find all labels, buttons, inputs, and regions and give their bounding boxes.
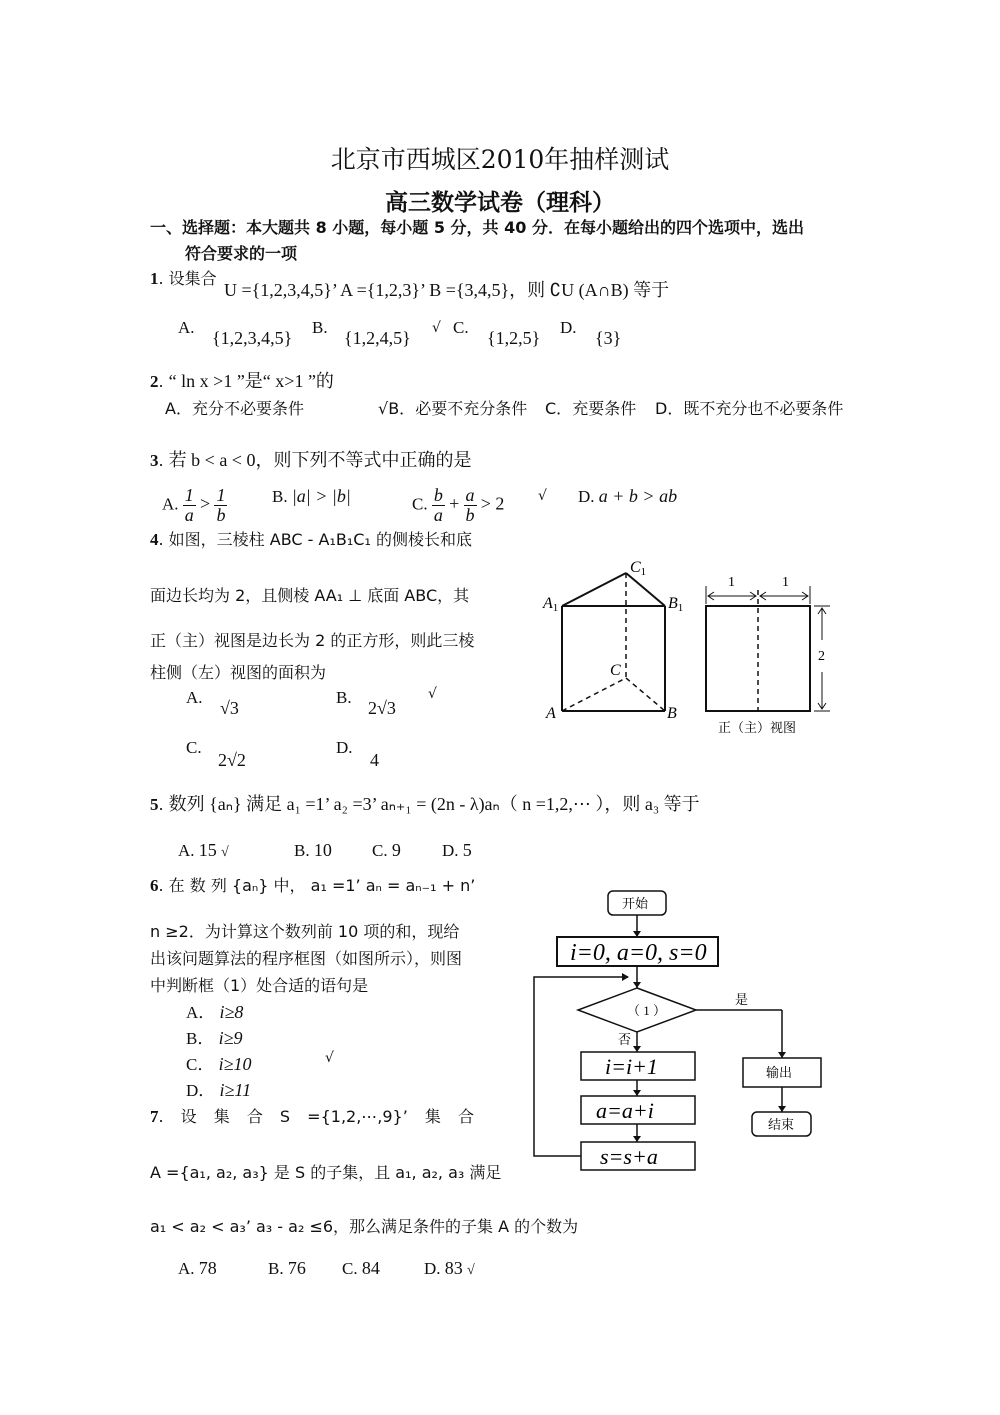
- q3-check-mark: √: [538, 488, 547, 504]
- q1-option-b[interactable]: B.: [312, 318, 328, 338]
- q4-option-c[interactable]: C.: [186, 738, 202, 758]
- q7-option-a[interactable]: A. 78: [178, 1258, 217, 1279]
- section-heading-line2: 符合要求的一项: [185, 241, 297, 264]
- q1-option-d[interactable]: D.: [560, 318, 577, 338]
- question-6-line2: n ≥2．为计算这个数列前 10 项的和，现给: [150, 919, 459, 942]
- q3-option-b[interactable]: B. |a| > |b|: [272, 486, 351, 507]
- q6-option-c[interactable]: C． i≥10: [186, 1050, 251, 1075]
- q1-option-c-value: {1,2,5}: [487, 328, 540, 349]
- q4-option-a-value: √3: [220, 698, 239, 719]
- prism-figure: C1 A1 B1 C A B 1 1 2 正（主）视图: [530, 550, 850, 750]
- flow-start: 开始: [622, 896, 649, 911]
- flow-step-3: s=s+a: [600, 1144, 658, 1169]
- flow-decision: （ 1 ）: [627, 1003, 666, 1018]
- q1-option-a[interactable]: A.: [178, 318, 195, 338]
- question-1-stem: 1. 设集合: [150, 266, 217, 289]
- q5-option-b[interactable]: B. 10: [294, 840, 332, 861]
- vertex-b1: B1: [668, 595, 683, 614]
- flow-step-1: i=i+1: [605, 1054, 658, 1079]
- flow-step-2: a=a+i: [596, 1098, 654, 1123]
- flow-output: 输出: [766, 1065, 792, 1080]
- vertex-c: C: [610, 662, 621, 679]
- question-5-stem: 5. 数列 {aₙ} 满足 a₁ =1’ a₂ =3’ aₙ₊₁ = (2n -…: [150, 790, 700, 816]
- q1-option-d-value: {3}: [595, 328, 621, 349]
- q6-option-d[interactable]: D． i≥11: [186, 1076, 251, 1101]
- question-6-line4: 中判断框（1）处合适的语句是: [150, 973, 368, 996]
- question-7-line1: 7. 设 集 合 S ={1,2,⋯,9}’ 集 合: [150, 1104, 474, 1127]
- q7-option-d[interactable]: D. 83 √: [424, 1258, 475, 1279]
- q5-option-c[interactable]: C. 9: [372, 840, 401, 861]
- dim-right: 1: [782, 575, 789, 590]
- question-6-line1: 6. 在 数 列 {aₙ} 中， a₁ =1’ aₙ = aₙ₋₁ + n’: [150, 873, 475, 896]
- q4-option-b[interactable]: B.: [336, 688, 352, 708]
- vertex-c1: C1: [630, 559, 646, 578]
- q4-option-c-value: 2√2: [218, 750, 246, 771]
- q6-option-b[interactable]: B． i≥9: [186, 1024, 242, 1049]
- flowchart: 开始 i=0, a=0, s=0 （ 1 ） 是 否 i=i+1 a=a+i s…: [530, 880, 850, 1180]
- q4-option-d-value: 4: [370, 750, 379, 771]
- q6-option-a[interactable]: A． i≥8: [186, 998, 243, 1023]
- question-2-stem: 2. “ ln x >1 ”是“ x>1 ”的: [150, 367, 334, 393]
- dim-height: 2: [818, 649, 825, 664]
- q1-option-a-value: {1,2,3,4,5}: [212, 328, 292, 349]
- fraction: ba: [432, 486, 445, 525]
- q2-option-c[interactable]: C．充要条件: [545, 396, 636, 419]
- vertex-a1: A1: [542, 595, 558, 614]
- question-4-line2: 面边长均为 2，且侧棱 AA₁ ⊥ 底面 ABC，其: [150, 583, 469, 606]
- q7-option-b[interactable]: B. 76: [268, 1258, 306, 1279]
- q6-check-mark: √: [325, 1050, 334, 1066]
- question-4-line1: 4. 如图，三棱柱 ABC - A₁B₁C₁ 的侧棱长和底: [150, 527, 472, 550]
- fraction: ab: [464, 486, 477, 525]
- flow-init: i=0, a=0, s=0: [570, 940, 707, 966]
- document-subtitle: 高三数学试卷（理科）: [0, 184, 1000, 217]
- q2-option-b[interactable]: √B．必要不充分条件: [378, 396, 527, 419]
- q4-option-a[interactable]: A.: [186, 688, 203, 708]
- q1-check-mark: √: [432, 320, 441, 336]
- question-3-stem: 3. 若 b < a < 0，则下列不等式中正确的是: [150, 446, 471, 472]
- q3-option-d[interactable]: D. a + b > ab: [578, 486, 677, 507]
- dim-left: 1: [728, 575, 735, 590]
- q4-option-d[interactable]: D.: [336, 738, 353, 758]
- q4-check-mark: √: [428, 686, 437, 702]
- q3-option-a[interactable]: A. 1a > 1b: [162, 486, 227, 525]
- q5-option-a[interactable]: A. 15 √: [178, 840, 229, 861]
- vertex-a: A: [545, 705, 556, 722]
- question-7-line3: a₁ < a₂ < a₃’ a₃ - a₂ ≤6，那么满足条件的子集 A 的个数…: [150, 1214, 578, 1237]
- q3-option-c[interactable]: C. ba + ab > 2: [412, 486, 504, 525]
- figure-caption: 正（主）视图: [718, 720, 796, 735]
- fraction: 1b: [214, 486, 227, 525]
- q1-option-c[interactable]: C.: [453, 318, 469, 338]
- q2-option-d[interactable]: D．既不充分也不必要条件: [655, 396, 855, 419]
- q1-option-b-value: {1,2,4,5}: [344, 328, 411, 349]
- q7-option-c[interactable]: C. 84: [342, 1258, 380, 1279]
- question-1-math: U ={1,2,3,4,5}’ A ={1,2,3}’ B ={3,4,5}，则…: [224, 276, 669, 302]
- question-4-line4: 柱侧（左）视图的面积为: [150, 660, 326, 683]
- question-6-line3: 出该问题算法的程序框图（如图所示），则图: [150, 946, 462, 969]
- question-4-line3: 正（主）视图是边长为 2 的正方形，则此三棱: [150, 628, 474, 651]
- flow-yes-label: 是: [735, 992, 748, 1007]
- vertex-b: B: [667, 705, 677, 722]
- document-title: 北京市西城区2010年抽样测试: [0, 140, 1000, 176]
- flow-end: 结束: [768, 1117, 794, 1132]
- section-heading-line1: 一、选择题：本大题共 8 小题，每小题 5 分，共 40 分．在每小题给出的四个…: [150, 215, 804, 238]
- q5-option-d[interactable]: D. 5: [442, 840, 472, 861]
- flow-no-label: 否: [618, 1032, 631, 1047]
- fraction: 1a: [183, 486, 196, 525]
- q4-option-b-value: 2√3: [368, 698, 396, 719]
- q2-option-a[interactable]: A．充分不必要条件: [165, 396, 304, 419]
- question-7-line2: A ={a₁, a₂, a₃} 是 S 的子集，且 a₁, a₂, a₃ 满足: [150, 1160, 501, 1183]
